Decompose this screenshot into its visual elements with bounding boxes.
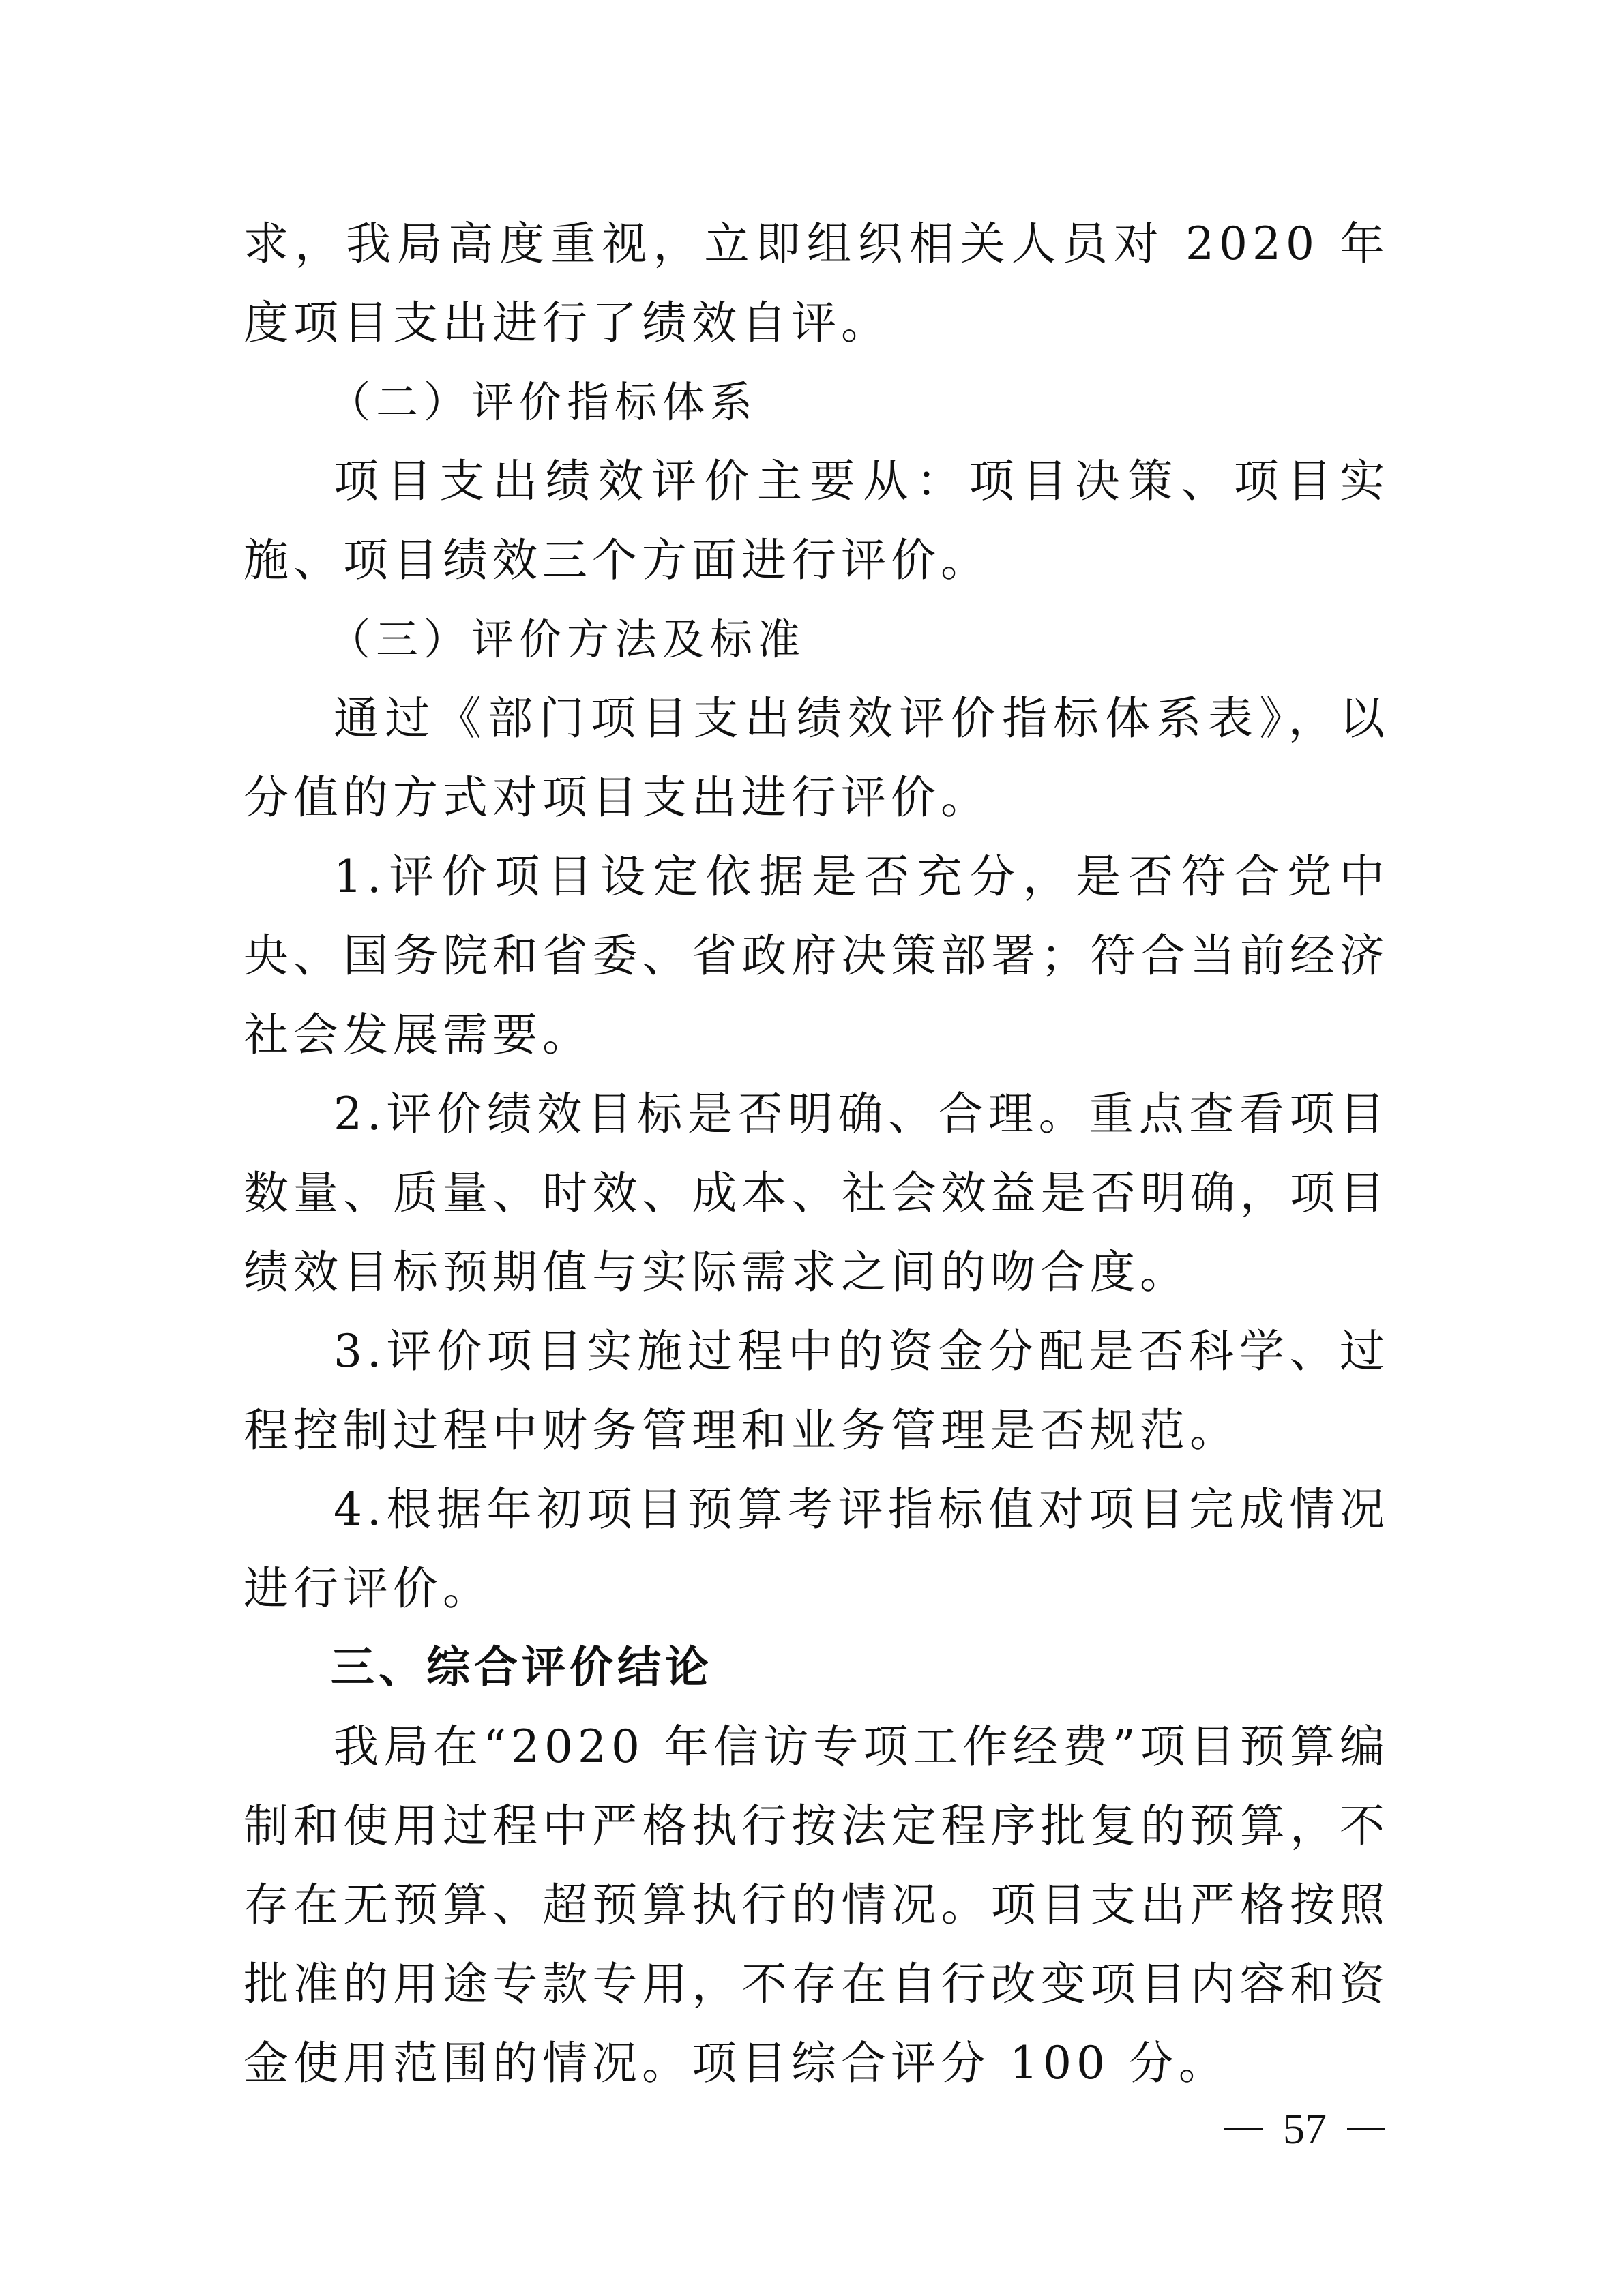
list-item-3: 3.评价项目实施过程中的资金分配是否科学、过程控制过程中财务管理和业务管理是否规…: [243, 1312, 1389, 1470]
subheading-evaluation-method: （三）评价方法及标准: [243, 600, 1389, 679]
right-dash-decoration: [1347, 2128, 1385, 2130]
document-body: 求，我局高度重视，立即组织相关人员对 2020 年度项目支出进行了绩效自评。 （…: [243, 205, 1389, 2103]
left-dash-decoration: [1224, 2128, 1263, 2130]
paragraph-evaluation-aspects: 项目支出绩效评价主要从：项目决策、项目实施、项目绩效三个方面进行评价。: [243, 442, 1389, 600]
page-footer: 57: [1224, 2104, 1385, 2154]
list-item-1: 1.评价项目设定依据是否充分，是否符合党中央、国务院和省委、省政府决策部署；符合…: [243, 837, 1389, 1075]
subheading-evaluation-index-system: （二）评价指标体系: [243, 363, 1389, 442]
paragraph-evaluation-table: 通过《部门项目支出绩效评价指标体系表》，以分值的方式对项目支出进行评价。: [243, 679, 1389, 837]
page-number: 57: [1283, 2104, 1327, 2154]
paragraph-conclusion: 我局在“2020 年信访专项工作经费”项目预算编制和使用过程中严格执行按法定程序…: [243, 1708, 1389, 2103]
list-item-4: 4.根据年初项目预算考评指标值对项目完成情况进行评价。: [243, 1470, 1389, 1628]
list-item-2: 2.评价绩效目标是否明确、合理。重点查看项目数量、质量、时效、成本、社会效益是否…: [243, 1075, 1389, 1312]
paragraph-continuation: 求，我局高度重视，立即组织相关人员对 2020 年度项目支出进行了绩效自评。: [243, 205, 1389, 363]
heading-comprehensive-conclusion: 三、综合评价结论: [243, 1628, 1389, 1708]
